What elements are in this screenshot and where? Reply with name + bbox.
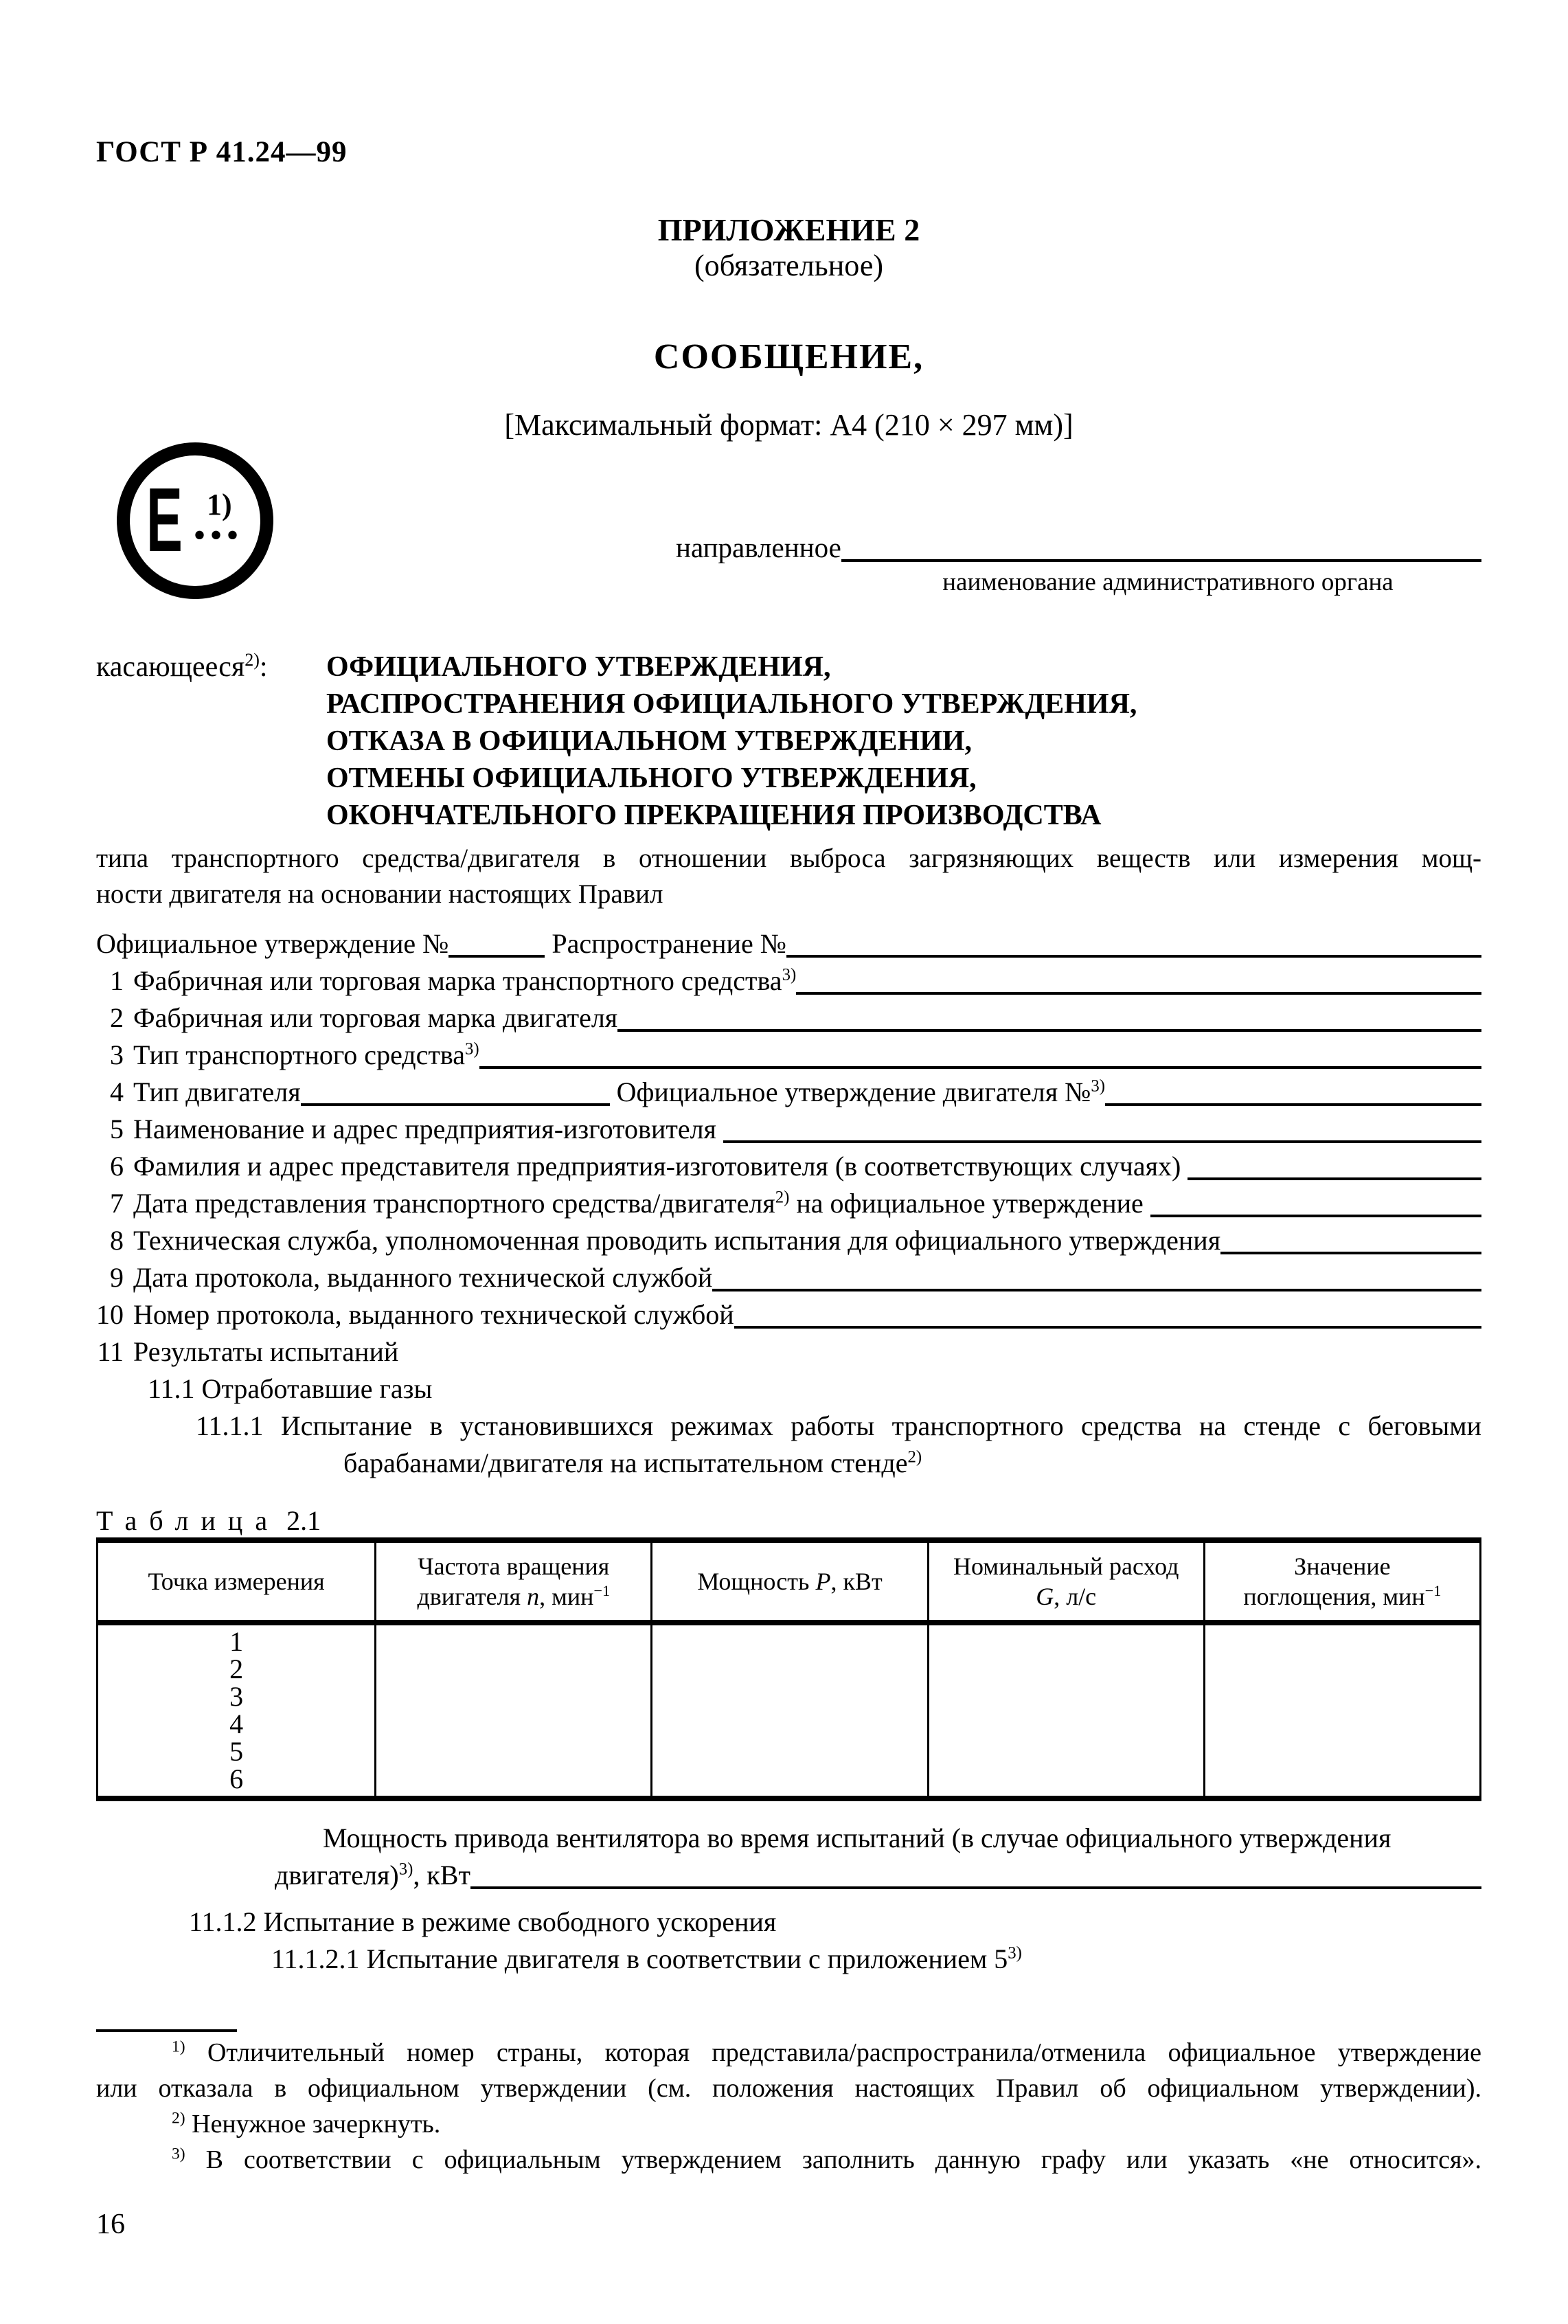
text-chunk: Точка измерения bbox=[148, 1566, 325, 1597]
concerning-item: ОТМЕНЫ ОФИЦИАЛЬНОГО УТВЕРЖДЕНИЯ, bbox=[326, 760, 1481, 797]
text-chunk: двигателя)3), кВт bbox=[275, 1859, 470, 1891]
emark-row: E 1) ... направленное наименование админ… bbox=[96, 442, 1481, 600]
text-chunk: Дата протокола, выданного технической сл… bbox=[133, 1261, 712, 1294]
text-chunk: Официальное утверждение двигателя №3) bbox=[610, 1076, 1105, 1108]
row-number: 5 bbox=[229, 1738, 243, 1765]
item-5-manufacturer: 5Наименование и адрес предприятия-изгото… bbox=[96, 1113, 1481, 1150]
footnote-3: 3) В соответствии с официальным утвержде… bbox=[96, 2145, 1481, 2180]
col-engine-speed: Частота вращениядвигателя n, мин−1 bbox=[374, 1543, 650, 1620]
footnote-1-line1: 1) Отличительный номер страны, которая п… bbox=[96, 2038, 1481, 2073]
item-11-1-exhaust: 11.1 Отработавшие газы bbox=[96, 1373, 1481, 1410]
item-6-representative: 6Фамилия и адрес представителя предприят… bbox=[96, 1150, 1481, 1187]
header-line: Номинальный расход bbox=[953, 1551, 1179, 1581]
text-chunk: Мощность P, кВт bbox=[697, 1566, 882, 1597]
col-absorption: Значениепоглощения, мин−1 bbox=[1203, 1543, 1479, 1620]
col-power: Мощность P, кВт bbox=[650, 1543, 927, 1620]
table-header-row: Точка измеренияЧастота вращениядвигателя… bbox=[98, 1543, 1479, 1625]
item-number: 9 bbox=[96, 1261, 124, 1294]
item-11-1-1-line1: 11.1.1 Испытание в установившихся режима… bbox=[96, 1410, 1481, 1447]
table-body: 123456 bbox=[98, 1625, 1479, 1796]
blank-line bbox=[617, 1029, 1481, 1032]
header-line: двигателя n, мин−1 bbox=[417, 1581, 610, 1612]
text-chunk: двигателя n, мин−1 bbox=[417, 1581, 610, 1612]
item-10-protocol-number: 10Номер протокола, выданного технической… bbox=[96, 1298, 1481, 1335]
header-line: поглощения, мин−1 bbox=[1243, 1581, 1441, 1612]
item-number: 1 bbox=[96, 964, 124, 997]
item-11-1-1-line2: барабанами/двигателя на испытательном ст… bbox=[96, 1447, 1481, 1484]
concerning-label: касающееся2): bbox=[96, 648, 326, 834]
table-cell-empty bbox=[927, 1625, 1203, 1796]
blank-line bbox=[1220, 1252, 1481, 1254]
footnote-2: 2) Ненужное зачеркнуть. bbox=[96, 2109, 1481, 2145]
item-number: 2 bbox=[96, 1002, 124, 1034]
item-number: 10 bbox=[96, 1298, 124, 1331]
table-cell-row-numbers: 123456 bbox=[98, 1625, 374, 1796]
page-number: 16 bbox=[96, 2208, 1481, 2241]
directed-line: направленное bbox=[676, 530, 1481, 565]
fan-power-line2: двигателя)3), кВт bbox=[96, 1859, 1481, 1896]
blank-line bbox=[734, 1326, 1481, 1329]
concerning-items: ОФИЦИАЛЬНОГО УТВЕРЖДЕНИЯ,РАСПРОСТРАНЕНИЯ… bbox=[326, 648, 1481, 834]
blank-line bbox=[470, 1886, 1481, 1889]
intro-line: ности двигателя на основании настоящих П… bbox=[96, 877, 1481, 912]
e-mark-dots: ... bbox=[193, 495, 242, 548]
item-number: 5 bbox=[96, 1113, 124, 1145]
item-11-test-results: 11Результаты испытаний bbox=[96, 1335, 1481, 1373]
message-title: СООБЩЕНИЕ, bbox=[96, 338, 1481, 376]
header-line: Точка измерения bbox=[148, 1566, 325, 1597]
text-chunk: 11.1.2 Испытание в режиме свободного уск… bbox=[189, 1906, 776, 1938]
item-4-engine-type: 4Тип двигателя Официальное утверждение д… bbox=[96, 1076, 1481, 1113]
blank-line bbox=[479, 1066, 1481, 1069]
form-lines: Официальное утверждение № Распространени… bbox=[96, 927, 1481, 1484]
row-number: 4 bbox=[229, 1711, 243, 1738]
table-cell-empty bbox=[374, 1625, 650, 1796]
blank-line bbox=[301, 1103, 610, 1106]
item-number: 7 bbox=[96, 1187, 124, 1219]
item-number: 4 bbox=[96, 1076, 124, 1108]
text-chunk: 2) Ненужное зачеркнуть. bbox=[172, 2109, 440, 2139]
text-chunk: Техническая служба, уполномоченная прово… bbox=[133, 1224, 1220, 1256]
section-lines: 11.1.2 Испытание в режиме свободного уск… bbox=[96, 1906, 1481, 1980]
col-measuring-point: Точка измерения bbox=[98, 1543, 374, 1620]
doc-code: ГОСТ Р 41.24—99 bbox=[96, 136, 1481, 169]
e-mark-letter: E bbox=[146, 487, 183, 553]
footnote-divider bbox=[96, 2029, 237, 2032]
concerning-item: ОТКАЗА В ОФИЦИАЛЬНОМ УТВЕРЖДЕНИИ, bbox=[326, 723, 1481, 760]
text-chunk: Тип транспортного средства3) bbox=[133, 1039, 479, 1071]
item-8-technical-service: 8Техническая служба, уполномоченная пров… bbox=[96, 1224, 1481, 1261]
header-line: Мощность P, кВт bbox=[697, 1566, 882, 1597]
intro-line: типа транспортного средства/двигателя в … bbox=[96, 841, 1481, 877]
concerning-item: РАСПРОСТРАНЕНИЯ ОФИЦИАЛЬНОГО УТВЕРЖДЕНИЯ… bbox=[326, 686, 1481, 723]
item-2-engine-make: 2Фабричная или торговая марка двигателя bbox=[96, 1002, 1481, 1039]
text-chunk: 1) Отличительный номер страны, которая п… bbox=[172, 2038, 1481, 2067]
text-chunk: поглощения, мин−1 bbox=[1243, 1581, 1441, 1612]
item-1-vehicle-make: 1Фабричная или торговая марка транспортн… bbox=[96, 964, 1481, 1002]
text-chunk: Значение bbox=[1294, 1551, 1390, 1581]
approval-number-line: Официальное утверждение № Распространени… bbox=[96, 927, 1481, 964]
col-nominal-flow: Номинальный расходG, л/с bbox=[927, 1543, 1203, 1620]
document-page: ГОСТ Р 41.24—99 ПРИЛОЖЕНИЕ 2 (обязательн… bbox=[0, 0, 1568, 2324]
text-chunk: барабанами/двигателя на испытательном ст… bbox=[343, 1447, 922, 1479]
header-line: G, л/с bbox=[1036, 1581, 1096, 1612]
blank-line bbox=[796, 992, 1481, 995]
header-line: Значение bbox=[1294, 1551, 1390, 1581]
table-cell-empty bbox=[1203, 1625, 1479, 1796]
text-chunk: Официальное утверждение № bbox=[96, 927, 448, 960]
blank-line bbox=[1150, 1215, 1481, 1217]
footnotes: 1) Отличительный номер страны, которая п… bbox=[96, 2038, 1481, 2180]
table-label: Таблица 2.1 bbox=[96, 1504, 1481, 1537]
row-number: 2 bbox=[229, 1656, 243, 1683]
text-chunk: Мощность привода вентилятора во время ис… bbox=[323, 1822, 1391, 1854]
concerning-item: ОФИЦИАЛЬНОГО УТВЕРЖДЕНИЯ, bbox=[326, 648, 1481, 686]
concerning-block: касающееся2): ОФИЦИАЛЬНОГО УТВЕРЖДЕНИЯ,Р… bbox=[96, 648, 1481, 834]
item-number: 6 bbox=[96, 1150, 124, 1182]
row-number: 1 bbox=[229, 1628, 243, 1656]
blank-line bbox=[1188, 1177, 1481, 1180]
fan-power-lines: Мощность привода вентилятора во время ис… bbox=[96, 1822, 1481, 1896]
text-chunk: Частота вращения bbox=[418, 1551, 609, 1581]
item-3-vehicle-type: 3Тип транспортного средства3) bbox=[96, 1039, 1481, 1076]
text-chunk: Дата представления транспортного средств… bbox=[133, 1187, 1150, 1219]
text-chunk: G, л/с bbox=[1036, 1581, 1096, 1612]
appendix-title: ПРИЛОЖЕНИЕ 2 bbox=[96, 213, 1481, 247]
text-chunk: или отказала в официальном утверждении (… bbox=[96, 2074, 1481, 2103]
text-chunk: Фабричная или торговая марка двигателя bbox=[133, 1002, 617, 1034]
text-chunk: Наименование и адрес предприятия-изготов… bbox=[133, 1113, 723, 1145]
concerning-item: ОКОНЧАТЕЛЬНОГО ПРЕКРАЩЕНИЯ ПРОИЗВОДСТВА bbox=[326, 797, 1481, 834]
footnote-1-line2: или отказала в официальном утверждении (… bbox=[96, 2073, 1481, 2109]
text-chunk: 3) В соответствии с официальным утвержде… bbox=[172, 2145, 1481, 2174]
item-number: 8 bbox=[96, 1224, 124, 1256]
item-11-1-2: 11.1.2 Испытание в режиме свободного уск… bbox=[96, 1906, 1481, 1943]
text-chunk: 11.1 Отработавшие газы bbox=[148, 1373, 432, 1405]
table-2-1: Точка измеренияЧастота вращениядвигателя… bbox=[96, 1537, 1481, 1801]
intro-paragraph: типа транспортного средства/двигателя в … bbox=[96, 841, 1481, 912]
blank-line bbox=[786, 955, 1481, 958]
blank-line bbox=[448, 955, 545, 958]
directed-caption: наименование административного органа bbox=[854, 567, 1481, 598]
row-number: 6 bbox=[229, 1765, 243, 1793]
directed-label: направленное bbox=[676, 530, 841, 565]
directed-block: направленное наименование административн… bbox=[676, 530, 1481, 598]
header-line: Частота вращения bbox=[418, 1551, 609, 1581]
item-number: 11 bbox=[96, 1335, 124, 1368]
fan-power-line1: Мощность привода вентилятора во время ис… bbox=[96, 1822, 1481, 1859]
text-chunk: Номинальный расход bbox=[953, 1551, 1179, 1581]
blank-line bbox=[841, 559, 1481, 562]
text-chunk: Фамилия и адрес представителя предприяти… bbox=[133, 1150, 1188, 1182]
table-cell-empty bbox=[650, 1625, 927, 1796]
item-7-submission-date: 7Дата представления транспортного средст… bbox=[96, 1187, 1481, 1224]
appendix-subtitle: (обязательное) bbox=[96, 249, 1481, 283]
text-chunk: Результаты испытаний bbox=[133, 1335, 398, 1368]
item-11-1-2-1: 11.1.2.1 Испытание двигателя в соответст… bbox=[96, 1943, 1481, 1980]
blank-line bbox=[723, 1140, 1481, 1143]
blank-line bbox=[1105, 1103, 1481, 1106]
text-chunk: Тип двигателя bbox=[133, 1076, 301, 1108]
format-note: [Максимальный формат: А4 (210 × 297 мм)] bbox=[96, 408, 1481, 442]
item-number: 3 bbox=[96, 1039, 124, 1071]
item-9-protocol-date: 9Дата протокола, выданного технической с… bbox=[96, 1261, 1481, 1298]
e-approval-mark-icon: E 1) ... bbox=[117, 442, 273, 599]
text-chunk: 11.1.2.1 Испытание двигателя в соответст… bbox=[271, 1943, 1022, 1975]
text-chunk: Номер протокола, выданного технической с… bbox=[133, 1298, 734, 1331]
text-chunk: Фабричная или торговая марка транспортно… bbox=[133, 964, 796, 997]
text-chunk: Распространение № bbox=[545, 927, 786, 960]
blank-line bbox=[712, 1289, 1481, 1291]
row-number: 3 bbox=[229, 1683, 243, 1711]
text-chunk: 11.1.1 Испытание в установившихся режима… bbox=[196, 1410, 1481, 1441]
